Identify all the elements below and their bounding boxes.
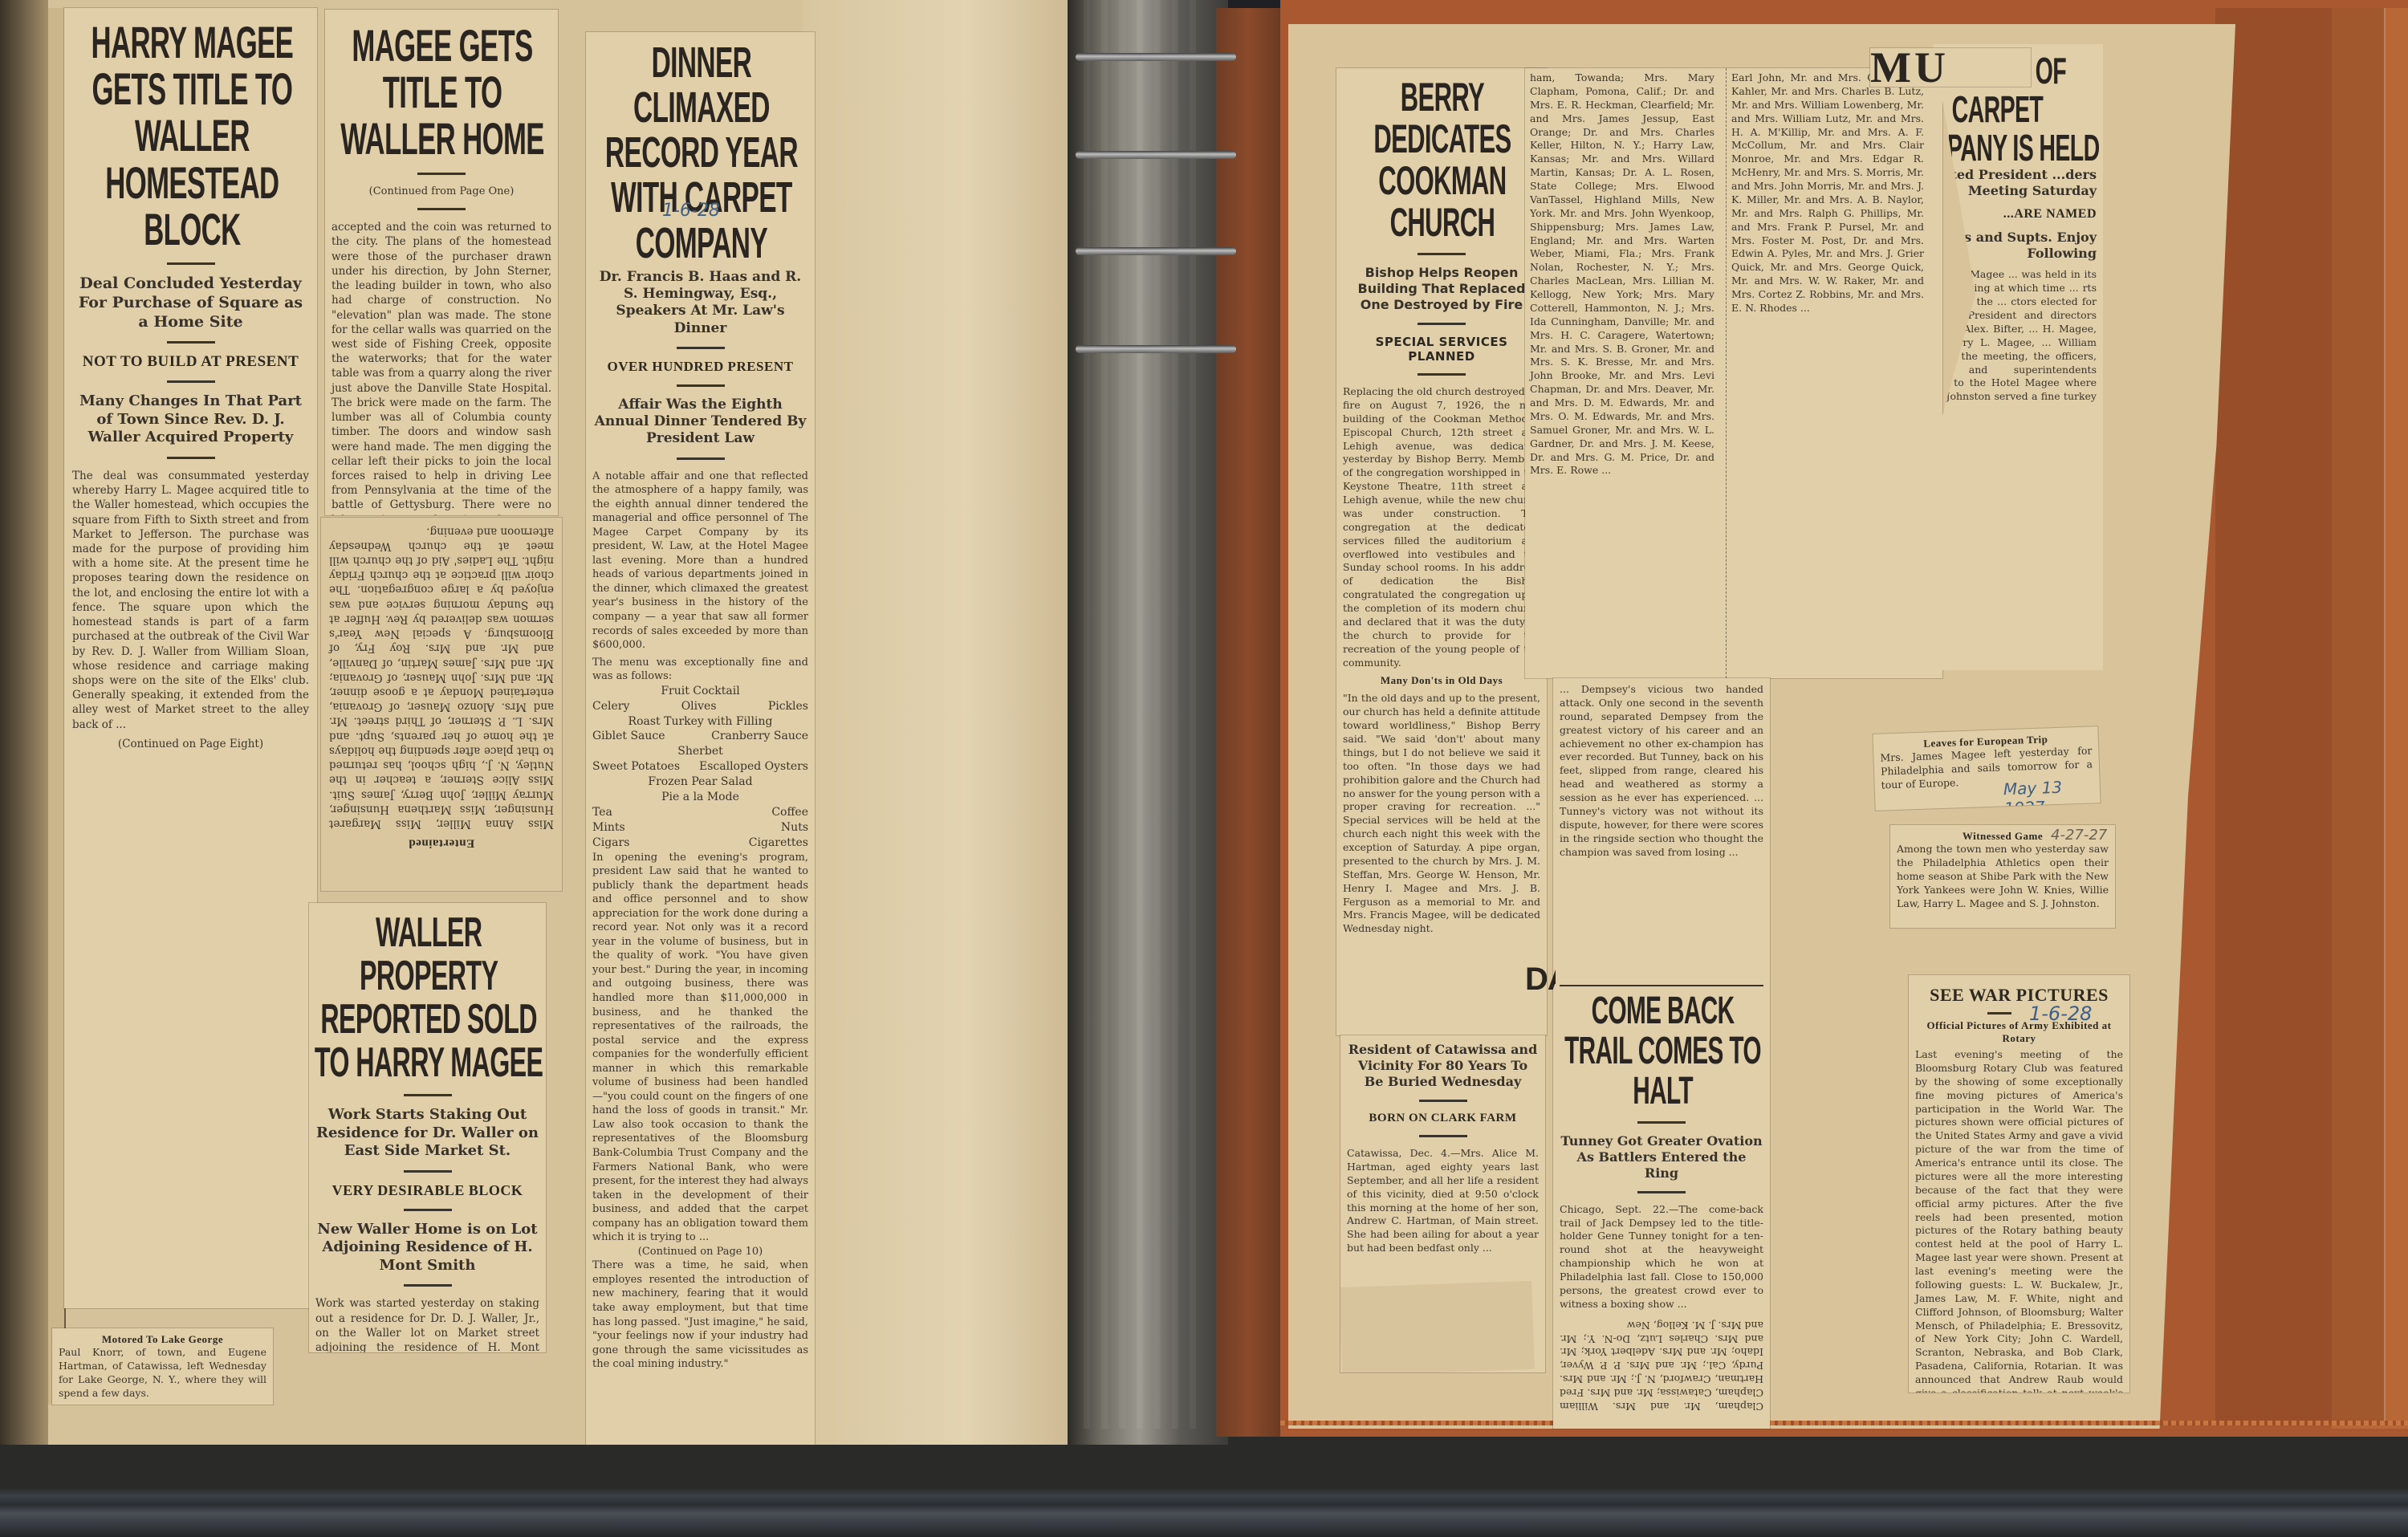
article-body: The deal was consummated yesterday where… — [72, 469, 309, 732]
menu-item: Sherbet — [592, 744, 808, 759]
divider — [417, 173, 466, 175]
deck: Work Starts Staking Out Residence for Dr… — [315, 1106, 539, 1161]
divider — [404, 1094, 452, 1096]
clipping-come-back-trail: ... Dempsey's vicious two handed attack.… — [1553, 678, 1770, 1429]
guest-list-col-1: ham, Towanda; Mrs. Mary Clapham, Pomona,… — [1525, 68, 1719, 678]
continued-note: (Continued on Page 10) — [592, 1245, 808, 1259]
divider — [677, 384, 725, 387]
left-page-stub — [48, 8, 66, 1405]
sheet-protector — [2215, 8, 2386, 1421]
guest-list-upside-down: Clapham, Mr. and Mrs. William Clapham, C… — [1560, 1318, 1763, 1413]
subhead: OVER HUNDRED PRESENT — [592, 359, 808, 375]
clipping-homestead-block: HARRY MAGEE GETS TITLE TO WALLER HOMESTE… — [64, 8, 317, 1308]
deck: Bishop Helps Reopen Building That Replac… — [1343, 265, 1540, 313]
divider — [1419, 1135, 1467, 1137]
divider — [1987, 1012, 2011, 1015]
divider — [1637, 1121, 1686, 1124]
menu-item: TeaCoffee — [592, 805, 808, 820]
article-body: Catawissa, Dec. 4.—Mrs. Alice M. Hartman… — [1347, 1147, 1539, 1255]
deck: New Waller Home is on Lot Adjoining Resi… — [315, 1221, 539, 1275]
masthead-fragment: MU — [1870, 48, 2031, 87]
clipping-war-pictures: SEE WAR PICTURES Official Pictures of Ar… — [1909, 975, 2129, 1393]
binder-ring-3 — [1076, 247, 1236, 255]
article-body: Miss Anna Miller, Miss Margaret Hunsinge… — [329, 524, 554, 832]
article-body: A notable affair and one that reflected … — [592, 470, 808, 653]
handwritten-date: 1-6-28 — [2029, 1002, 2092, 1025]
divider — [1418, 323, 1466, 325]
article-body: Paul Knorr, of town, and Eugene Hartman,… — [59, 1346, 266, 1401]
paper-scrap — [1340, 1281, 1535, 1372]
article-body: Among the town men who yesterday saw the… — [1897, 843, 2109, 910]
menu-item: Roast Turkey with Filling — [592, 714, 808, 730]
clipping-witnessed-game: Witnessed Game Among the town men who ye… — [1890, 825, 2115, 928]
clipping-title-waller-home: MAGEE GETS TITLE TO WALLER HOME (Continu… — [325, 10, 558, 515]
headline-fragment-day: DAY — [1525, 963, 1556, 1027]
handwritten-date: 4-27-27 — [2051, 827, 2107, 844]
menu-item: Sweet PotatoesEscalloped Oysters — [592, 759, 808, 775]
clipping-catawissa-obituary: Resident of Catawissa and Vicinity For 8… — [1340, 1035, 1545, 1372]
article-body: Replacing the old church destroyed by fi… — [1343, 385, 1540, 669]
subhead: SPECIAL SERVICES PLANNED — [1343, 335, 1540, 364]
divider — [1637, 1191, 1686, 1193]
left-page-blank-area — [803, 0, 1076, 1445]
headline: BERRY DEDICATES COOKMAN CHURCH — [1341, 76, 1544, 243]
left-page-edge-shadow — [0, 0, 48, 1445]
subhead: NOT TO BUILD AT PRESENT — [72, 353, 309, 371]
clipping-reported-sold: WALLER PROPERTY REPORTED SOLD TO HARRY M… — [309, 903, 546, 1352]
menu-item: Frozen Pear Salad — [592, 775, 808, 790]
cover-stitching — [1280, 1421, 2408, 1425]
article-body-2: In opening the evening's program, presid… — [592, 851, 808, 1245]
subhead-2: Many Don'ts in Old Days — [1343, 674, 1540, 687]
binder-ring-1 — [1076, 53, 1236, 61]
divider — [677, 347, 725, 349]
divider — [677, 457, 725, 460]
clipping-guest-list: ham, Towanda; Mrs. Mary Clapham, Pomona,… — [1525, 68, 1942, 678]
fight-report-continued: ... Dempsey's vicious two handed attack.… — [1560, 683, 1763, 980]
dinner-menu: Fruit CocktailCeleryOlivesPicklesRoast T… — [592, 684, 808, 851]
headline: WALLER PROPERTY REPORTED SOLD TO HARRY M… — [314, 911, 543, 1084]
menu-item: Pie a la Mode — [592, 790, 808, 805]
clipping-berry-dedicates: BERRY DEDICATES COOKMAN CHURCH Bishop He… — [1336, 68, 1547, 1035]
binder-spine — [1216, 8, 1280, 1437]
article-body: Last evening's meeting of the Bloomsburg… — [1915, 1048, 2123, 1393]
clipping-european-trip: Leaves for European Trip Mrs. James Mage… — [1873, 726, 2100, 811]
divider — [1418, 253, 1466, 255]
divider — [1418, 373, 1466, 376]
divider — [404, 1209, 452, 1211]
binder-ring-4 — [1076, 345, 1236, 353]
divider — [404, 1170, 452, 1173]
article-body: Chicago, Sept. 22.—The come-back trail o… — [1560, 1203, 1763, 1311]
menu-item: CigarsCigarettes — [592, 836, 808, 851]
divider — [167, 341, 215, 344]
binder-ring-2 — [1076, 151, 1236, 159]
masthead-text: MU — [1870, 48, 2031, 87]
divider — [404, 1284, 452, 1287]
continued-from: (Continued from Page One) — [332, 185, 551, 199]
menu-item: MintsNuts — [592, 820, 808, 836]
divider — [167, 262, 215, 265]
clipping-dinner-carpet-company: DINNER CLIMAXED RECORD YEAR WITH CARPET … — [586, 32, 815, 1445]
divider — [167, 380, 215, 383]
deck: Deal Concluded Yesterday For Purchase of… — [72, 274, 309, 331]
divider — [1419, 1100, 1467, 1102]
binder-base — [0, 1429, 2408, 1537]
divider — [167, 457, 215, 459]
deck: Tunney Got Greater Ovation As Battlers E… — [1560, 1133, 1763, 1181]
article-body: Work was started yesterday on staking ou… — [315, 1296, 539, 1352]
article-body-3: There was a time, he said, when employes… — [592, 1258, 808, 1371]
handwritten-date: 1-6-28 — [662, 201, 720, 221]
headline: DINNER CLIMAXED RECORD YEAR WITH CARPET … — [591, 40, 811, 266]
article-body: accepted and the coin was returned to th… — [332, 220, 551, 515]
sleeve-gloss — [1084, 0, 1204, 1429]
deck: Affair Was the Eighth Annual Dinner Tend… — [592, 396, 808, 448]
heading: Motored To Lake George — [59, 1333, 266, 1346]
heading: Entertained — [329, 836, 554, 850]
menu-item: CeleryOlivesPickles — [592, 699, 808, 714]
menu-intro: The menu was exceptionally fine and was … — [592, 656, 808, 684]
menu-item: Giblet SauceCranberry Sauce — [592, 729, 808, 744]
divider — [1560, 985, 1763, 986]
headline: HARRY MAGEE GETS TITLE TO WALLER HOMESTE… — [71, 19, 313, 253]
continued-note: (Continued on Page Eight) — [72, 737, 309, 751]
deck: Dr. Francis B. Haas and R. S. Hemingway,… — [592, 269, 808, 337]
clipping-entertained-upside-down: Entertained Miss Anna Miller, Miss Marga… — [321, 518, 562, 891]
deck: Many Changes In That Part of Town Since … — [72, 392, 309, 447]
headline: MAGEE GETS TITLE TO WALLER HOME — [330, 22, 555, 163]
subhead: VERY DESIRABLE BLOCK — [315, 1182, 539, 1199]
deck: Resident of Catawissa and Vicinity For 8… — [1347, 1042, 1539, 1090]
headline: COME BACK TRAIL COMES TO HALT — [1558, 991, 1767, 1112]
article-body-2: "In the old days and up to the present, … — [1343, 692, 1540, 936]
subhead: BORN ON CLARK FARM — [1347, 1112, 1539, 1125]
divider — [417, 208, 466, 210]
menu-item: Fruit Cocktail — [592, 684, 808, 699]
clipping-lake-george: Motored To Lake George Paul Knorr, of to… — [52, 1328, 273, 1405]
